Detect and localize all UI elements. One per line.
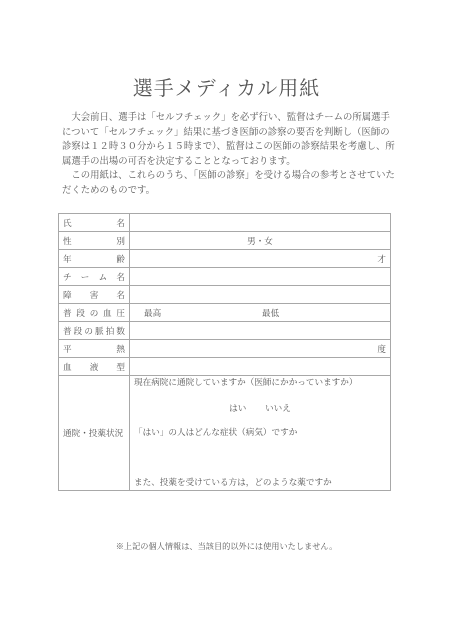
name-field[interactable]: [130, 214, 391, 232]
option-yes[interactable]: はい: [229, 404, 246, 414]
bp-high-label: 最高: [144, 307, 262, 319]
disability-field[interactable]: [130, 286, 391, 304]
label-chars: 氏名: [63, 217, 125, 229]
intro-paragraph-2: この用紙は、これらのうち、「医師の診察」を受ける場合の参考とさせていただくための…: [62, 169, 396, 198]
row-pulse: 普段の脈拍数: [59, 322, 391, 340]
question-medication: また、投薬を受けている方は，どのような薬ですか: [134, 476, 386, 490]
intro-paragraph-1: 大会前日、選手は「セルフチェック」を必ず行い、監督はチームの所属選手について「セ…: [62, 111, 396, 169]
question-symptoms: 「はい」の人はどんな症状（病気）ですか: [134, 426, 386, 440]
option-no[interactable]: いいえ: [265, 404, 291, 414]
label-temperature: 平熱: [59, 340, 130, 358]
label-blood-pressure: 普段の血圧: [59, 304, 130, 322]
page-title: 選手メディカル用紙: [0, 72, 453, 101]
team-field[interactable]: [130, 268, 391, 286]
label-team: チーム名: [59, 268, 130, 286]
row-blood-pressure: 普段の血圧 最高最低: [59, 304, 391, 322]
label-sex: 性別: [59, 232, 130, 250]
row-age: 年齢 才: [59, 250, 391, 268]
row-name: 氏名: [59, 214, 391, 232]
row-treatment: 通院・投薬状況 現在病院に通院していますか（医師にかかっていますか） はい いい…: [59, 376, 391, 491]
row-blood-type: 血液型: [59, 358, 391, 376]
row-sex: 性別 男・女: [59, 232, 391, 250]
privacy-footnote: ※上記の個人情報は、当該目的以外には使用いたしません。: [0, 541, 453, 552]
treatment-field[interactable]: 現在病院に通院していますか（医師にかかっていますか） はい いいえ 「はい」の人…: [130, 376, 391, 491]
blood-pressure-field[interactable]: 最高最低: [130, 304, 391, 322]
bp-low-label: 最低: [262, 307, 279, 319]
pulse-field[interactable]: [130, 322, 391, 340]
intro-text: 大会前日、選手は「セルフチェック」を必ず行い、監督はチームの所属選手について「セ…: [62, 111, 396, 199]
label-blood-type: 血液型: [59, 358, 130, 376]
age-field[interactable]: 才: [130, 250, 391, 268]
medical-form-table: 氏名 性別 男・女 年齢 才 チーム名 障害名 普段の血圧 最高最低 普段の脈拍…: [58, 213, 391, 491]
row-disability: 障害名: [59, 286, 391, 304]
question-hospital: 現在病院に通院していますか（医師にかかっていますか）: [134, 376, 386, 390]
yes-no-choice: はい いいえ: [134, 402, 386, 414]
label-disability: 障害名: [59, 286, 130, 304]
label-pulse: 普段の脈拍数: [59, 322, 130, 340]
row-team: チーム名: [59, 268, 391, 286]
temperature-field[interactable]: 度: [130, 340, 391, 358]
label-treatment: 通院・投薬状況: [59, 376, 130, 491]
blood-type-field[interactable]: [130, 358, 391, 376]
label-age: 年齢: [59, 250, 130, 268]
label-name: 氏名: [59, 214, 130, 232]
sex-field[interactable]: 男・女: [130, 232, 391, 250]
row-temperature: 平熱 度: [59, 340, 391, 358]
